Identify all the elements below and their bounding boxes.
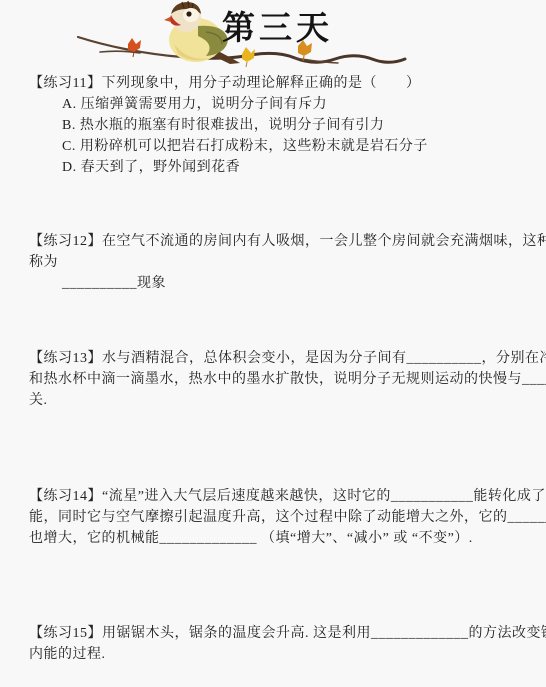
problem-11-option-b: B. 热水瓶的瓶塞有时很难拔出，说明分子间有引力 xyxy=(29,115,519,136)
problem-13: 【练习13】水与酒精混合，总体积会变小，是因为分子间有__________，分别… xyxy=(29,348,519,411)
problem-12-stem-line1: 【练习12】在空气不流通的房间内有人吸烟，一会儿整个房间就会充满烟味，这种现象 xyxy=(29,231,519,252)
problem-14-stem-line1: 【练习14】“流星”进入大气层后速度越来越快，这时它的___________能转… xyxy=(29,486,519,507)
problem-11-option-c: C. 用粉碎机可以把岩石打成粉末，这些粉末就是岩石分子 xyxy=(29,136,519,157)
problem-15: 【练习15】用锯锯木头，锯条的温度会升高. 这是利用_____________的… xyxy=(29,623,519,665)
red-leaf-icon xyxy=(128,38,141,57)
problem-11-stem: 【练习11】下列现象中，用分子动理论解释正确的是（ ） xyxy=(29,73,519,94)
problem-11-option-a: A. 压缩弹簧需要用力，说明分子间有斥力 xyxy=(29,94,519,115)
problem-15-stem-line1: 【练习15】用锯锯木头，锯条的温度会升高. 这是利用_____________的… xyxy=(29,623,519,644)
problem-12: 【练习12】在空气不流通的房间内有人吸烟，一会儿整个房间就会充满烟味，这种现象 … xyxy=(29,231,519,294)
problem-13-stem-line2: 和热水杯中滴一滴墨水，热水中的墨水扩散快，说明分子无规则运动的快慢与______… xyxy=(29,369,519,390)
problem-11: 【练习11】下列现象中，用分子动理论解释正确的是（ ） A. 压缩弹簧需要用力，… xyxy=(29,73,519,178)
problem-13-stem-line1: 【练习13】水与酒精混合，总体积会变小，是因为分子间有__________，分别… xyxy=(29,348,519,369)
problem-14: 【练习14】“流星”进入大气层后速度越来越快，这时它的___________能转… xyxy=(29,486,519,549)
page-title: 第三天 xyxy=(222,9,333,47)
problem-15-stem-line2: 内能的过程. xyxy=(29,644,519,665)
problem-11-option-d: D. 春天到了，野外闻到花香 xyxy=(29,157,519,178)
page-header: 第三天 xyxy=(0,0,546,70)
problem-14-stem-line3: 也增大，它的机械能_____________ （填“增大”、“减小” 或 “不变… xyxy=(29,528,519,549)
problem-14-stem-line2: 能，同时它与空气摩擦引起温度升高，这个过程中除了动能增大之外，它的_______… xyxy=(29,507,519,528)
problem-13-stem-line3: 关. xyxy=(29,390,519,411)
yellow-leaf-icon xyxy=(242,47,255,67)
workbook-page: 第三天 【练习11】下列现象中，用分子动理论解释正确的是（ ） A. 压缩弹簧需… xyxy=(0,0,546,687)
problem-12-stem-line2: 称为 xyxy=(29,252,519,273)
problem-12-blank-line: __________现象 xyxy=(29,273,519,294)
